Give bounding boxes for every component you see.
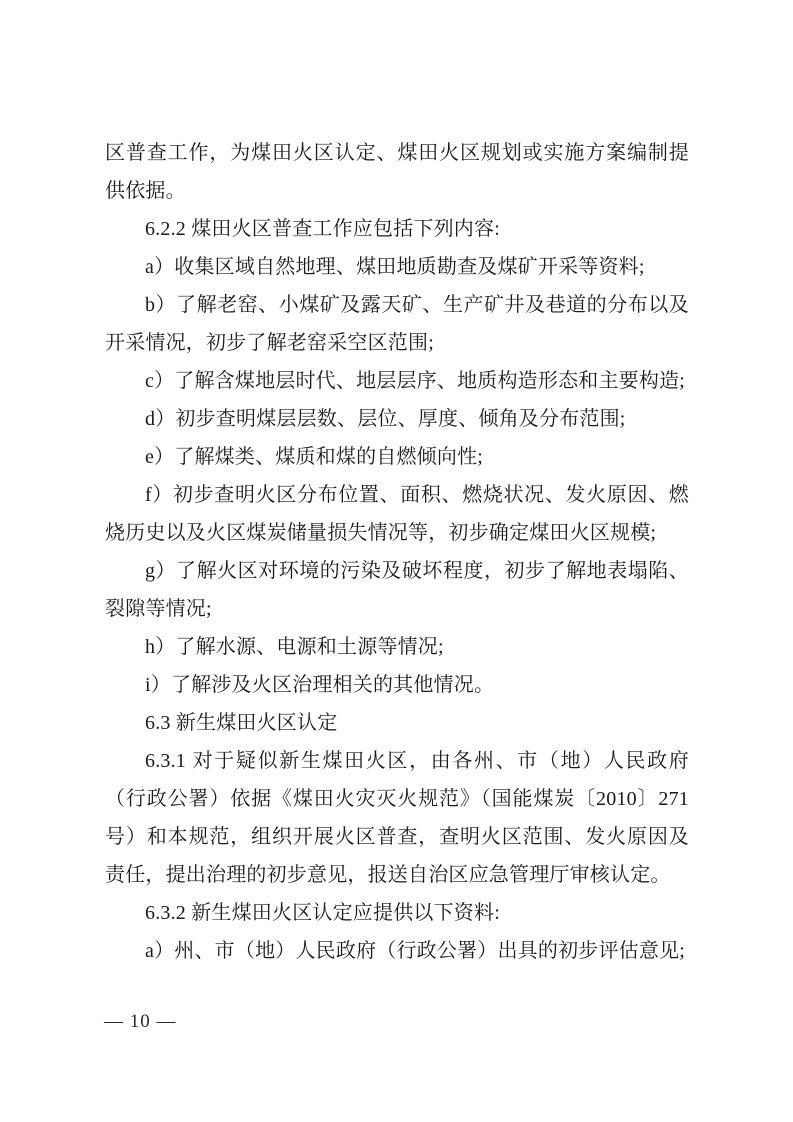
list-item-6-2-2-b: b）了解老窑、小煤矿及露天矿、生产矿井及巷道的分布以及开采情况，初步了解老窑采空… <box>105 286 689 362</box>
clause-heading-6-2-2: 6.2.2 煤田火区普查工作应包括下列内容: <box>105 210 689 248</box>
list-item-6-3-2-a: a）州、市（地）人民政府（行政公署）出具的初步评估意见; <box>105 932 689 970</box>
list-item-6-2-2-e: e）了解煤类、煤质和煤的自燃倾向性; <box>105 438 689 476</box>
list-item-6-2-2-c: c）了解含煤地层时代、地层层序、地质构造形态和主要构造; <box>105 362 689 400</box>
list-item-6-2-2-g: g）了解火区对环境的污染及破坏程度，初步了解地表塌陷、裂隙等情况; <box>105 552 689 628</box>
list-item-6-2-2-f: f）初步查明火区分布位置、面积、燃烧状况、发火原因、燃烧历史以及火区煤炭储量损失… <box>105 476 689 552</box>
clause-6-3-1: 6.3.1 对于疑似新生煤田火区，由各州、市（地）人民政府（行政公署）依据《煤田… <box>105 742 689 894</box>
document-page: 区普查工作，为煤田火区认定、煤田火区规划或实施方案编制提供依据。 6.2.2 煤… <box>0 0 793 1122</box>
list-item-6-2-2-d: d）初步查明煤层层数、层位、厚度、倾角及分布范围; <box>105 400 689 438</box>
section-heading-6-3: 6.3 新生煤田火区认定 <box>105 704 689 742</box>
body-text: 区普查工作，为煤田火区认定、煤田火区规划或实施方案编制提供依据。 6.2.2 煤… <box>105 134 689 970</box>
list-item-6-2-2-h: h）了解水源、电源和土源等情况; <box>105 628 689 666</box>
list-item-6-2-2-i: i）了解涉及火区治理相关的其他情况。 <box>105 666 689 704</box>
page-number: — 10 — <box>104 1010 177 1034</box>
clause-heading-6-3-2: 6.3.2 新生煤田火区认定应提供以下资料: <box>105 894 689 932</box>
list-item-6-2-2-a: a）收集区域自然地理、煤田地质勘查及煤矿开采等资料; <box>105 248 689 286</box>
paragraph-continuation: 区普查工作，为煤田火区认定、煤田火区规划或实施方案编制提供依据。 <box>105 134 689 210</box>
